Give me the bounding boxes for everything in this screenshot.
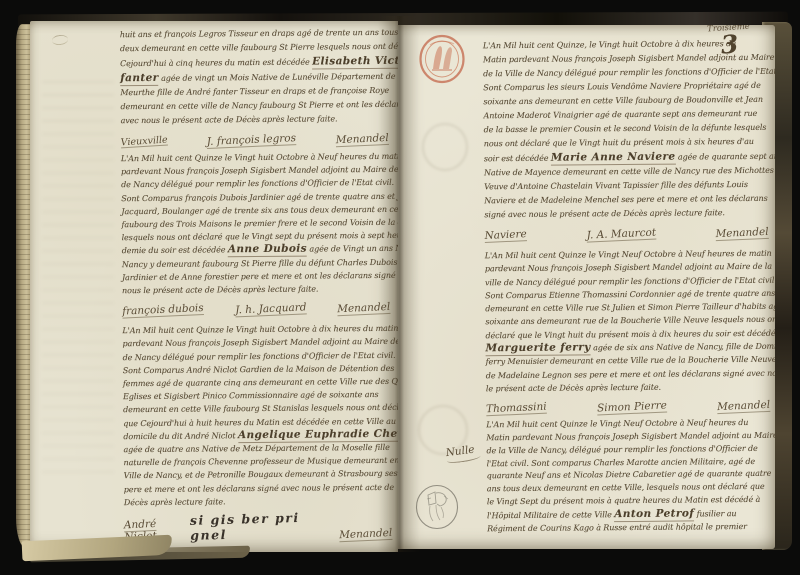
deceased-name: Anton Petrof bbox=[614, 507, 694, 522]
signature-row: françois duboisJ. h. JacquardMenandel bbox=[122, 298, 390, 316]
stamp-bleed-through bbox=[422, 123, 468, 171]
open-register-book: huit ans et françois Legros Tisseur en d… bbox=[0, 0, 800, 575]
signature: J. françois legros bbox=[207, 132, 297, 148]
register-scan-view: huit ans et françois Legros Tisseur en d… bbox=[0, 0, 800, 575]
signature-row: ThomassiniSimon PierreMenandel bbox=[486, 396, 770, 414]
record-line: nous le présent acte de Décès après lect… bbox=[122, 282, 392, 298]
signature: Menandel bbox=[335, 132, 389, 146]
signature: Simon Pierre bbox=[597, 400, 667, 415]
deceased-name: Marie Anne Naviere bbox=[551, 151, 676, 166]
record-line: demeurant en cette ville de Nancy faubou… bbox=[120, 98, 390, 114]
margin-scribble bbox=[52, 34, 69, 46]
left-page-records: huit ans et françois Legros Tisseur en d… bbox=[120, 26, 395, 547]
record-line: Décès après lecture faite. bbox=[124, 494, 394, 510]
death-record-entry: L'An Mil huit cent Quinze, le Vingt huit… bbox=[483, 37, 771, 241]
record-line: Naviere et de Madeleine Menchel ses pere… bbox=[484, 192, 770, 208]
right-page-records: L'An Mil huit cent Quinze, le Vingt huit… bbox=[483, 37, 773, 536]
record-line: signé avec nous le présent acte de Décès… bbox=[484, 206, 770, 222]
deceased-name: fanter bbox=[120, 72, 159, 86]
left-page: huit ans et françois Legros Tisseur en d… bbox=[30, 21, 398, 552]
signature: Menandel bbox=[339, 527, 393, 541]
deceased-name: Anne Dubois bbox=[228, 243, 307, 258]
deceased-name: Elisabeth Victoire Royer bbox=[312, 54, 398, 69]
record-line: avec nous le présent acte de Décès après… bbox=[120, 112, 390, 128]
signature-row: NaviereJ. A. MaurcotMenandel bbox=[484, 223, 768, 241]
signature: Menandel bbox=[715, 226, 769, 240]
ink-bleed-through bbox=[42, 81, 114, 481]
signature: J. h. Jacquard bbox=[235, 302, 307, 317]
sketched-ink-stamp bbox=[414, 483, 460, 531]
record-line: Jardinier et de Anne forestier pere et m… bbox=[122, 269, 392, 285]
death-record-entry: L'An Mil huit cent Quinze le Vingt huit … bbox=[122, 322, 394, 542]
record-line: Régiment de Courins Kago à Russe entré a… bbox=[487, 520, 773, 535]
margin-annotation: Vieuxville bbox=[120, 135, 168, 149]
record-line: pere et mere et ont les déclarans signé … bbox=[124, 480, 394, 496]
signature: J. A. Maurcot bbox=[586, 227, 656, 242]
record-line: de Madelaine Legnon ses pere et mere et … bbox=[486, 366, 772, 382]
signature: si gis ber pri gnel bbox=[190, 509, 339, 543]
signature: françois dubois bbox=[122, 302, 204, 318]
signature: Naviere bbox=[484, 228, 527, 242]
right-page: Troisieme 3 L'An Mil huit cent Quinze, l… bbox=[398, 25, 775, 549]
margin-note-nulle: Nulle bbox=[445, 443, 481, 464]
signature: Thomassini bbox=[486, 401, 547, 416]
death-record-entry: L'An Mil huit cent Quinze le Vingt Neuf … bbox=[485, 247, 772, 415]
record-line: le présent acte de Décès après lecture f… bbox=[486, 380, 772, 396]
left-stacked-page-edges bbox=[16, 24, 31, 548]
death-record-entry: L'An Mil huit cent Quinze le Vingt huit … bbox=[121, 150, 392, 317]
red-ink-seal-stamp bbox=[418, 33, 466, 85]
signature-row: VieuxvilleJ. françois legrosMenandel bbox=[121, 129, 389, 147]
death-record-entry: huit ans et françois Legros Tisseur en d… bbox=[120, 26, 391, 147]
signature: Menandel bbox=[337, 301, 391, 315]
signature: Menandel bbox=[717, 399, 771, 413]
death-record-entry: L'An Mil huit cent Quinze le Vingt Neuf … bbox=[486, 417, 773, 536]
